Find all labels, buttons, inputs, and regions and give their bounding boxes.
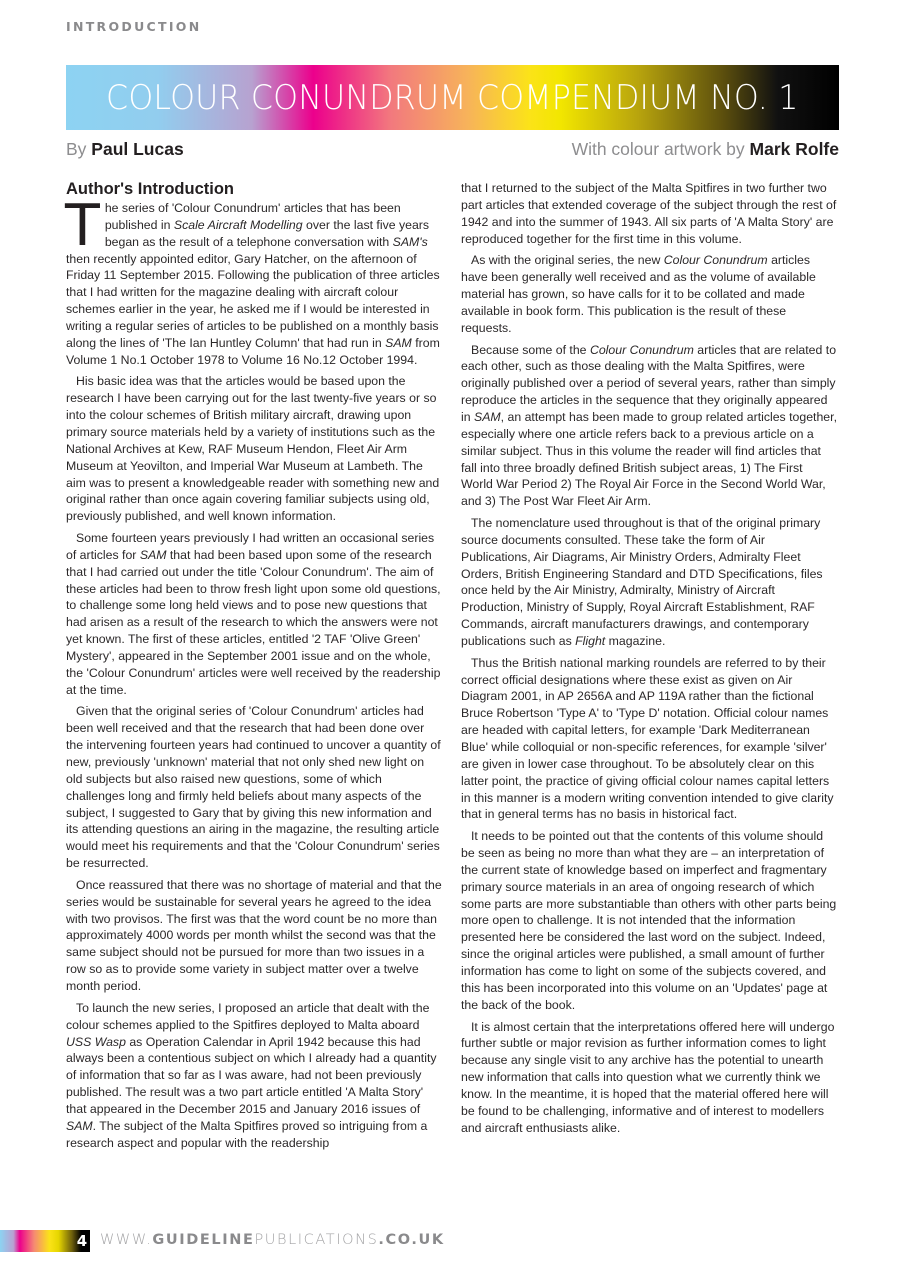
body-paragraph: It needs to be pointed out that the cont… bbox=[461, 828, 837, 1013]
section-label: INTRODUCTION bbox=[66, 19, 201, 34]
title-banner: COLOUR CONUNDRUM COMPENDIUM NO. 1 bbox=[66, 65, 839, 130]
artist-prefix: With colour artwork by bbox=[572, 139, 750, 159]
left-column: Author's Introduction The series of 'Col… bbox=[66, 178, 442, 1156]
body-paragraph: To launch the new series, I proposed an … bbox=[66, 1000, 442, 1152]
publisher-url[interactable]: WWW.GUIDELINEPUBLICATIONS.CO.UK bbox=[100, 1232, 445, 1248]
left-paragraphs: The series of 'Colour Conundrum' article… bbox=[66, 200, 442, 1151]
body-paragraph: His basic idea was that the articles wou… bbox=[66, 373, 442, 525]
author-prefix: By bbox=[66, 139, 91, 159]
page-number: 4 bbox=[74, 1230, 90, 1252]
body-paragraph: Because some of the Colour Conundrum art… bbox=[461, 342, 837, 510]
artist-credit: With colour artwork by Mark Rolfe bbox=[572, 139, 839, 160]
url-prefix: WWW. bbox=[100, 1232, 152, 1248]
drop-cap: T bbox=[65, 203, 100, 249]
body-paragraph: Some fourteen years previously I had wri… bbox=[66, 530, 442, 698]
body-paragraph: Given that the original series of 'Colou… bbox=[66, 703, 442, 871]
author-credit: By Paul Lucas bbox=[66, 139, 184, 160]
url-middle: PUBLICATIONS bbox=[254, 1232, 378, 1248]
body-paragraph: Once reassured that there was no shortag… bbox=[66, 877, 442, 995]
page-title: COLOUR CONUNDRUM COMPENDIUM NO. 1 bbox=[106, 78, 798, 118]
right-column: that I returned to the subject of the Ma… bbox=[461, 180, 837, 1141]
artist-name: Mark Rolfe bbox=[750, 139, 839, 159]
url-suffix: .CO.UK bbox=[378, 1232, 444, 1248]
body-paragraph: As with the original series, the new Col… bbox=[461, 252, 837, 336]
body-paragraph: that I returned to the subject of the Ma… bbox=[461, 180, 837, 247]
right-paragraphs: that I returned to the subject of the Ma… bbox=[461, 180, 837, 1136]
article-heading: Author's Introduction bbox=[66, 178, 442, 200]
author-name: Paul Lucas bbox=[91, 139, 183, 159]
body-paragraph: The nomenclature used throughout is that… bbox=[461, 515, 837, 650]
body-paragraph: The series of 'Colour Conundrum' article… bbox=[66, 200, 442, 368]
byline-row: By Paul Lucas With colour artwork by Mar… bbox=[66, 139, 839, 160]
body-paragraph: Thus the British national marking rounde… bbox=[461, 655, 837, 823]
body-paragraph: It is almost certain that the interpreta… bbox=[461, 1019, 837, 1137]
page-footer: 4 WWW.GUIDELINEPUBLICATIONS.CO.UK bbox=[0, 1230, 905, 1252]
url-brand: GUIDELINE bbox=[152, 1232, 254, 1248]
